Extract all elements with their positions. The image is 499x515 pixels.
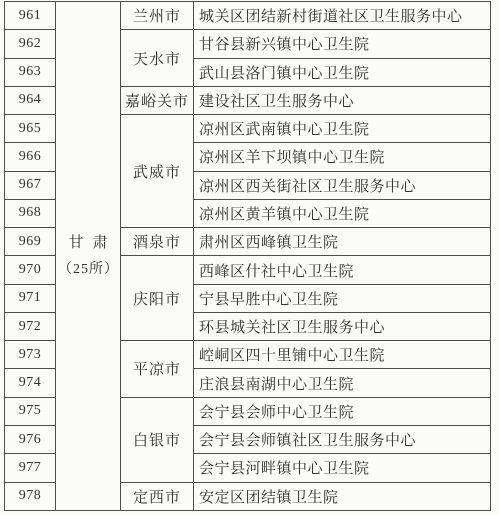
row-number-cell: 968 — [5, 199, 56, 227]
row-number-cell: 978 — [5, 482, 56, 510]
health-centers-table: 961甘肃（25所）兰州市城关区团结新村街道社区卫生服务中心962天水市甘谷县新… — [4, 1, 491, 511]
document-page: { "table": { "province": { "name": "甘肃",… — [0, 0, 499, 515]
institution-cell: 建设社区卫生服务中心 — [194, 86, 491, 114]
institution-cell: 凉州区羊下坝镇中心卫生院 — [194, 143, 491, 171]
row-number-cell: 970 — [5, 256, 56, 284]
institution-cell: 武山县洛门镇中心卫生院 — [194, 58, 491, 86]
institution-cell: 西峰区什社中心卫生院 — [194, 256, 491, 284]
institution-cell: 崆峒区四十里铺中心卫生院 — [194, 341, 491, 369]
row-number-cell: 962 — [5, 30, 56, 58]
row-number-cell: 971 — [5, 284, 56, 312]
row-number-cell: 976 — [5, 425, 56, 453]
province-count: （25所） — [56, 260, 120, 280]
city-cell: 兰州市 — [121, 2, 194, 30]
institution-cell: 会宁县会师镇社区卫生服务中心 — [194, 425, 491, 453]
row-number-cell: 967 — [5, 171, 56, 199]
province-name: 甘肃 — [56, 233, 120, 253]
row-number-cell: 974 — [5, 369, 56, 397]
institution-cell: 城关区团结新村街道社区卫生服务中心 — [194, 2, 491, 30]
row-number-cell: 966 — [5, 143, 56, 171]
institution-cell: 凉州区西关街社区卫生服务中心 — [194, 171, 491, 199]
city-cell: 庆阳市 — [121, 256, 194, 341]
city-cell: 白银市 — [121, 397, 194, 482]
institution-cell: 会宁县会师中心卫生院 — [194, 397, 491, 425]
institution-cell: 甘谷县新兴镇中心卫生院 — [194, 30, 491, 58]
row-number-cell: 969 — [5, 228, 56, 256]
row-number-cell: 963 — [5, 58, 56, 86]
city-cell: 酒泉市 — [121, 228, 194, 256]
institution-cell: 凉州区武南镇中心卫生院 — [194, 115, 491, 143]
city-cell: 平凉市 — [121, 341, 194, 398]
row-number-cell: 961 — [5, 2, 56, 30]
table-row: 961甘肃（25所）兰州市城关区团结新村街道社区卫生服务中心 — [5, 2, 491, 30]
institution-cell: 环县城关社区卫生服务中心 — [194, 312, 491, 340]
province-cell: 甘肃（25所） — [56, 2, 121, 511]
row-number-cell: 972 — [5, 312, 56, 340]
row-number-cell: 973 — [5, 341, 56, 369]
city-cell: 天水市 — [121, 30, 194, 87]
row-number-cell: 975 — [5, 397, 56, 425]
city-cell: 嘉峪关市 — [121, 86, 194, 114]
institution-cell: 宁县早胜中心卫生院 — [194, 284, 491, 312]
table-body: 961甘肃（25所）兰州市城关区团结新村街道社区卫生服务中心962天水市甘谷县新… — [5, 2, 491, 511]
row-number-cell: 965 — [5, 115, 56, 143]
institution-cell: 庄浪县南湖中心卫生院 — [194, 369, 491, 397]
institution-cell: 凉州区黄羊镇中心卫生院 — [194, 199, 491, 227]
row-number-cell: 977 — [5, 454, 56, 482]
city-cell: 武威市 — [121, 115, 194, 228]
city-cell: 定西市 — [121, 482, 194, 510]
row-number-cell: 964 — [5, 86, 56, 114]
institution-cell: 肃州区西峰镇卫生院 — [194, 228, 491, 256]
institution-cell: 会宁县河畔镇中心卫生院 — [194, 454, 491, 482]
institution-cell: 安定区团结镇卫生院 — [194, 482, 491, 510]
